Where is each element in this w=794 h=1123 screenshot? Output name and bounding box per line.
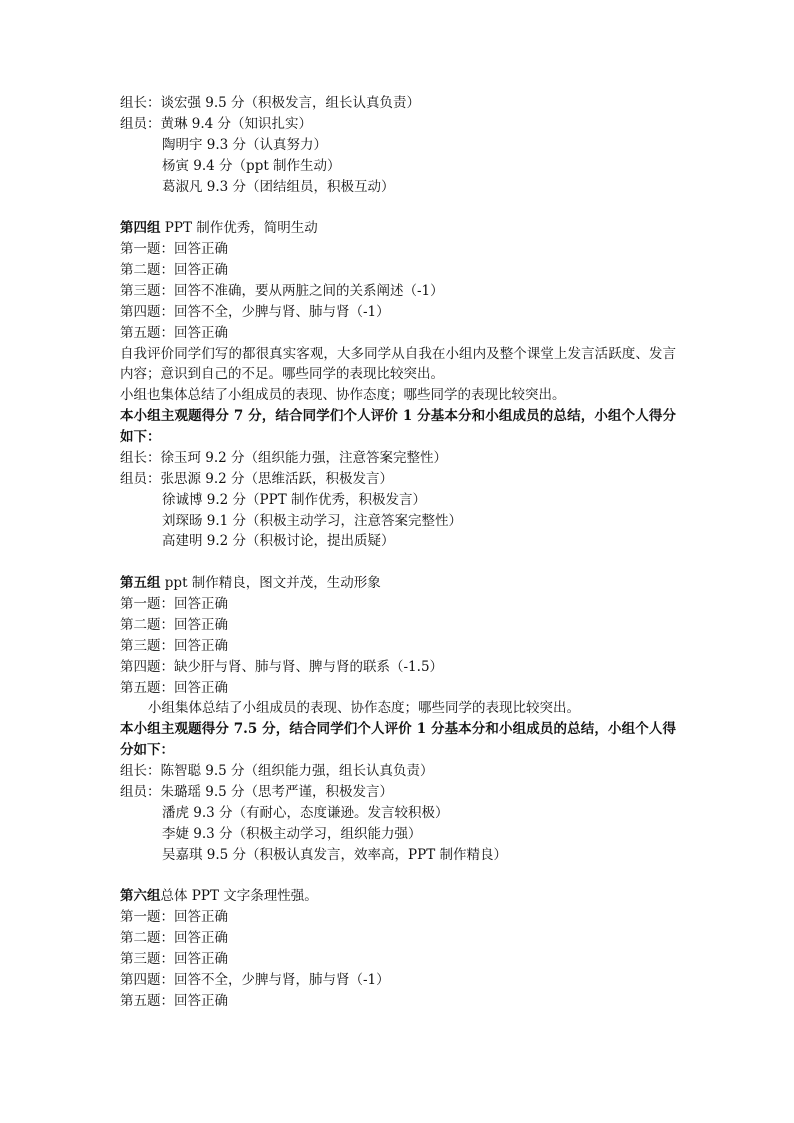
role-label: 组长： xyxy=(120,763,161,779)
group-heading: 第四组 PPT 制作优秀，简明生动 xyxy=(120,218,676,239)
member-line: 杨寅 9.4 分（ppt 制作生动） xyxy=(120,156,676,177)
group-title: 第四组 xyxy=(120,220,161,236)
group-heading: 第五组 ppt 制作精良，图文并茂，生动形象 xyxy=(120,573,676,594)
question-result: 第五题：回答正确 xyxy=(120,323,676,344)
question-result: 第三题：回答正确 xyxy=(120,636,676,657)
question-result: 第三题：回答正确 xyxy=(120,949,676,970)
self-evaluation-paragraph: 自我评价同学们写的都很真实客观，大多同学从自我在小组内及整个课堂上发言活跃度、发… xyxy=(120,344,676,386)
score-note: 本小组主观题得分 7.5 分，结合同学们个人评价 1 分基本分和小组成员的总结，… xyxy=(120,719,676,761)
leader-line: 组长：徐玉珂 9.2 分（组织能力强，注意答案完整性） xyxy=(120,448,676,469)
group4-section: 第四组 PPT 制作优秀，简明生动 第一题：回答正确 第二题：回答正确 第三题：… xyxy=(120,218,676,552)
member-line: 组员：黄琳 9.4 分（知识扎实） xyxy=(120,114,676,135)
member-line: 葛淑凡 9.3 分（团结组员，积极互动） xyxy=(120,177,676,198)
member-score: 张思源 9.2 分（思维活跃，积极发言） xyxy=(161,471,394,487)
group3-scores: 组长：谈宏强 9.5 分（积极发言，组长认真负责） 组员：黄琳 9.4 分（知识… xyxy=(120,93,676,197)
leader-score: 徐玉珂 9.2 分（组织能力强，注意答案完整性） xyxy=(161,450,448,466)
question-result: 第二题：回答正确 xyxy=(120,615,676,636)
question-result: 第三题：回答不准确，要从两脏之间的关系阐述（-1） xyxy=(120,281,676,302)
member-line: 李婕 9.3 分（积极主动学习，组织能力强） xyxy=(120,824,676,845)
member-line: 组员：朱璐瑶 9.5 分（思考严谨，积极发言） xyxy=(120,782,676,803)
group6-section: 第六组总体 PPT 文字条理性强。 第一题：回答正确 第二题：回答正确 第三题：… xyxy=(120,886,676,1011)
leader-score: 谈宏强 9.5 分（积极发言，组长认真负责） xyxy=(161,95,421,111)
member-line: 吴嘉琪 9.5 分（积极认真发言，效率高，PPT 制作精良） xyxy=(120,845,676,866)
spacer xyxy=(120,197,676,218)
question-result: 第五题：回答正确 xyxy=(120,991,676,1012)
spacer xyxy=(120,865,676,886)
question-result: 第二题：回答正确 xyxy=(120,928,676,949)
group5-section: 第五组 ppt 制作精良，图文并茂，生动形象 第一题：回答正确 第二题：回答正确… xyxy=(120,573,676,865)
role-label: 组员： xyxy=(120,116,161,132)
group-title: 第六组 xyxy=(120,888,161,904)
member-line: 高建明 9.2 分（积极讨论，提出质疑） xyxy=(120,531,676,552)
group-summary: PPT 制作优秀，简明生动 xyxy=(161,220,318,236)
question-result: 第一题：回答正确 xyxy=(120,594,676,615)
question-result: 第四题：缺少肝与肾、肺与肾、脾与肾的联系（-1.5） xyxy=(120,657,676,678)
member-line: 潘虎 9.3 分（有耐心，态度谦逊。发言较积极） xyxy=(120,803,676,824)
role-label: 组长： xyxy=(120,450,161,466)
question-result: 第一题：回答正确 xyxy=(120,239,676,260)
member-line: 陶明宇 9.3 分（认真努力） xyxy=(120,135,676,156)
role-label: 组员： xyxy=(120,784,161,800)
member-line: 组员：张思源 9.2 分（思维活跃，积极发言） xyxy=(120,469,676,490)
spacer xyxy=(120,552,676,573)
member-score: 朱璐瑶 9.5 分（思考严谨，积极发言） xyxy=(161,784,394,800)
group-title: 第五组 xyxy=(120,575,161,591)
question-result: 第五题：回答正确 xyxy=(120,678,676,699)
role-label: 组员： xyxy=(120,471,161,487)
group-evaluation: 小组集体总结了小组成员的表现、协作态度；哪些同学的表现比较突出。 xyxy=(120,698,676,719)
question-result: 第一题：回答正确 xyxy=(120,907,676,928)
leader-line: 组长：谈宏强 9.5 分（积极发言，组长认真负责） xyxy=(120,93,676,114)
group-evaluation: 小组也集体总结了小组成员的表现、协作态度；哪些同学的表现比较突出。 xyxy=(120,385,676,406)
member-score: 黄琳 9.4 分（知识扎实） xyxy=(161,116,313,132)
document-page: 组长：谈宏强 9.5 分（积极发言，组长认真负责） 组员：黄琳 9.4 分（知识… xyxy=(120,93,676,1012)
member-line: 刘琛旸 9.1 分（积极主动学习，注意答案完整性） xyxy=(120,511,676,532)
group-summary: 总体 PPT 文字条理性强。 xyxy=(161,888,318,904)
group-summary: ppt 制作精良，图文并茂，生动形象 xyxy=(161,575,381,591)
question-result: 第四题：回答不全，少脾与肾、肺与肾（-1） xyxy=(120,302,676,323)
leader-score: 陈智聪 9.5 分（组织能力强，组长认真负责） xyxy=(161,763,434,779)
question-result: 第四题：回答不全，少脾与肾，肺与肾（-1） xyxy=(120,970,676,991)
role-label: 组长： xyxy=(120,95,161,111)
group-heading: 第六组总体 PPT 文字条理性强。 xyxy=(120,886,676,907)
leader-line: 组长：陈智聪 9.5 分（组织能力强，组长认真负责） xyxy=(120,761,676,782)
question-result: 第二题：回答正确 xyxy=(120,260,676,281)
score-note: 本小组主观题得分 7 分，结合同学们个人评价 1 分基本分和小组成员的总结，小组… xyxy=(120,406,676,448)
member-line: 徐诚博 9.2 分（PPT 制作优秀，积极发言） xyxy=(120,490,676,511)
